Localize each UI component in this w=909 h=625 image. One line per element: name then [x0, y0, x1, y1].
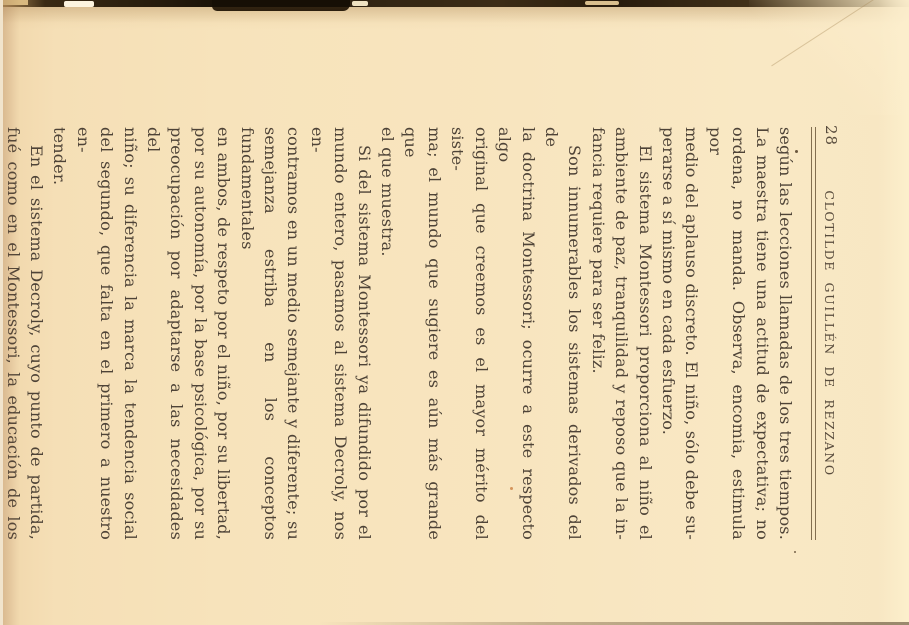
- text-line: preocupación por adaptarse a las necesid…: [142, 127, 189, 540]
- text-line: tender.: [48, 127, 71, 540]
- text-line: contramos en un medio semejante y difere…: [282, 127, 305, 540]
- text-line: ordena, no manda. Observa, encomia, esti…: [703, 127, 750, 540]
- torn-paper-fragment: [352, 1, 368, 6]
- text-line: mundo entero, pasamos al sistema Decroly…: [305, 127, 352, 540]
- text-line: Son innumerables los sistemas derivados …: [540, 127, 587, 540]
- text-line: fancia requiere para ser feliz.: [586, 127, 609, 540]
- text-line: medio del aplauso discreto. El niño, sól…: [680, 127, 703, 540]
- text-line: En el sistema Decroly, cuyo punto de par…: [25, 127, 48, 540]
- text-line: Si del sistema Montessori ya difundido p…: [352, 127, 375, 540]
- text-line: del segundo, que falta en el primero a n…: [71, 127, 118, 540]
- text-line: La maestra tiene una actitud de expectat…: [750, 127, 773, 540]
- header-double-rule: [811, 127, 816, 540]
- text-line: en ambos, de respeto por el niño, por su…: [212, 127, 235, 540]
- ink-speck: [795, 150, 798, 153]
- text-line: semejanza estriba en los conceptos funda…: [235, 127, 282, 540]
- text-line: ma; el mundo que sugiere es aún más gran…: [399, 127, 446, 540]
- text-line: el que muestra.: [376, 127, 399, 540]
- left-edge-shadow: [3, 0, 20, 625]
- text-line: por su autonomía, por la base psicológic…: [188, 127, 211, 540]
- running-title: CLOTILDE GUILLÉN DE REZZANO: [822, 127, 840, 540]
- text-line: niño; su diferencia la marca la tendenci…: [118, 127, 141, 540]
- corner-fold-highlight: [749, 0, 909, 115]
- text-line: perarse a sí mismo en cada esfuerzo.: [657, 127, 680, 540]
- ink-speck: [794, 551, 796, 553]
- scanned-book-page-photo: 28 CLOTILDE GUILLÉN DE REZZANO según las…: [0, 0, 909, 625]
- text-line: la doctrina Montessori; ocurre a este re…: [493, 127, 540, 540]
- text-line: original que creemos es el mayor mérito …: [446, 127, 493, 540]
- page-header: 28 CLOTILDE GUILLÉN DE REZZANO: [818, 127, 840, 540]
- page-body: según las lecciones llamadas de los tres…: [0, 127, 797, 540]
- text-line: ambiente de paz, tranquilidad y reposo q…: [610, 127, 633, 540]
- text-line: El sistema Montessori proporciona al niñ…: [633, 127, 656, 540]
- page-number: 28: [822, 125, 840, 146]
- rust-speck: [510, 487, 513, 490]
- torn-paper-fragment: [585, 1, 619, 5]
- text-line: según las lecciones llamadas de los tres…: [774, 127, 797, 540]
